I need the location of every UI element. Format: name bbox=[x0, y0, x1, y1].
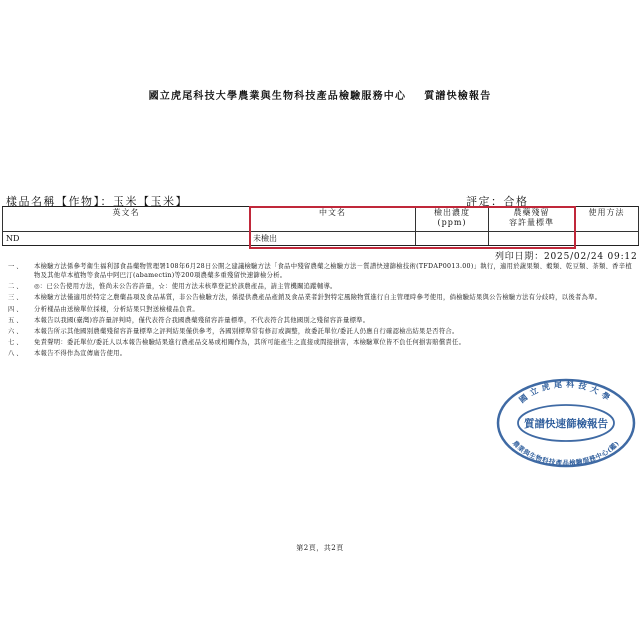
note-text: 本報告所示其他國別農藥殘留容許量標準之評判結果僅供參考，各國別標準常有修訂或調整… bbox=[34, 327, 633, 336]
svg-text:國立虎尾科技大學: 國立虎尾科技大學 bbox=[517, 379, 615, 405]
report-type: 質譜快檢報告 bbox=[424, 91, 491, 102]
cell-usage bbox=[575, 232, 639, 246]
cell-english-name: ND bbox=[3, 232, 250, 246]
note-number: 二、 bbox=[8, 282, 34, 291]
official-seal-stamp: 國立虎尾科技大學 質譜快速篩檢報告 農業與生物科技產品檢驗服務中心(鑑) bbox=[496, 378, 636, 468]
cell-chinese-name: 未檢出 bbox=[250, 232, 416, 246]
note-number: 六、 bbox=[8, 327, 34, 336]
notes-list: 一、本檢驗方法係參考衛生福利部食品藥物管理署108年6月28日公開之建議檢驗方法… bbox=[8, 262, 633, 361]
note-number: 一、 bbox=[8, 262, 34, 280]
note-item: 二、◎：已公告使用方法，惟尚未公告容許量，☆：使用方法未核準登記於該農產品，請主… bbox=[8, 282, 633, 291]
note-text: 分析樣品由送檢單位採樣，分析結果只對送檢樣品負責。 bbox=[34, 305, 633, 314]
note-number: 八、 bbox=[8, 349, 34, 358]
note-number: 七、 bbox=[8, 338, 34, 347]
note-item: 五、本報告以我國(臺灣)容許量評判時，僅代表符合我國農藥殘留容許量標準，不代表符… bbox=[8, 316, 633, 325]
note-text: 本檢驗方法僅適用於特定之農藥品項及食品基質，非公告檢驗方法，係提供農產品產銷及食… bbox=[34, 293, 633, 302]
col-english-name: 英文名 bbox=[3, 207, 250, 232]
svg-text:農業與生物科技產品檢驗服務中心(鑑): 農業與生物科技產品檢驗服務中心(鑑) bbox=[511, 439, 621, 467]
note-text: 本檢驗方法係參考衛生福利部食品藥物管理署108年6月28日公開之建議檢驗方法「食… bbox=[34, 262, 633, 280]
col-mrl-line2: 容許量標準 bbox=[509, 218, 554, 227]
col-mrl-line1: 農藥殘留 bbox=[514, 208, 550, 217]
cell-mrl bbox=[489, 232, 575, 246]
note-text: 本報告不得作為宣傳廣告使用。 bbox=[34, 349, 633, 358]
col-usage: 使用方法 bbox=[575, 207, 639, 232]
table-header-row: 英文名 中文名 檢出濃度(ppm) 農藥殘留容許量標準 使用方法 bbox=[3, 207, 639, 232]
col-chinese-name: 中文名 bbox=[250, 207, 416, 232]
note-text: 本報告以我國(臺灣)容許量評判時，僅代表符合我國農藥殘留容許量標準，不代表符合其… bbox=[34, 316, 633, 325]
note-number: 四、 bbox=[8, 305, 34, 314]
results-table: 英文名 中文名 檢出濃度(ppm) 農藥殘留容許量標準 使用方法 ND 未檢出 bbox=[2, 206, 639, 246]
note-item: 三、本檢驗方法僅適用於特定之農藥品項及食品基質，非公告檢驗方法，係提供農產品產銷… bbox=[8, 293, 633, 302]
report-title: 國立虎尾科技大學農業與生物科技產品檢驗服務中心質譜快檢報告 bbox=[0, 87, 640, 102]
table-row: ND 未檢出 bbox=[3, 232, 639, 246]
stamp-top-text: 國立虎尾科技大學 bbox=[517, 379, 615, 405]
note-number: 三、 bbox=[8, 293, 34, 302]
col-mrl: 農藥殘留容許量標準 bbox=[489, 207, 575, 232]
institution-name: 國立虎尾科技大學農業與生物科技產品檢驗服務中心 bbox=[149, 91, 407, 102]
note-item: 一、本檢驗方法係參考衛生福利部食品藥物管理署108年6月28日公開之建議檢驗方法… bbox=[8, 262, 633, 280]
note-item: 六、本報告所示其他國別農藥殘留容許量標準之評判結果僅供參考，各國別標準常有修訂或… bbox=[8, 327, 633, 336]
note-text: 免責聲明：委託單位/委託人以本報告檢驗結果進行農產品交易或相關作為，其所可能產生… bbox=[34, 338, 633, 347]
note-item: 四、分析樣品由送檢單位採樣，分析結果只對送檢樣品負責。 bbox=[8, 305, 633, 314]
col-concentration-line1: 檢出濃度 bbox=[434, 208, 470, 217]
note-item: 七、免責聲明：委託單位/委託人以本報告檢驗結果進行農產品交易或相關作為，其所可能… bbox=[8, 338, 633, 347]
print-date: 列印日期：2025/02/24 09:12 bbox=[495, 249, 637, 262]
note-text: ◎：已公告使用方法，惟尚未公告容許量，☆：使用方法未核準登記於該農產品，請主管機… bbox=[34, 282, 633, 291]
page-number: 第2頁，共2頁 bbox=[0, 543, 640, 553]
stamp-center-text: 質譜快速篩檢報告 bbox=[524, 417, 608, 430]
col-concentration: 檢出濃度(ppm) bbox=[416, 207, 489, 232]
stamp-bottom-text: 農業與生物科技產品檢驗服務中心(鑑) bbox=[511, 439, 621, 467]
note-number: 五、 bbox=[8, 316, 34, 325]
note-item: 八、本報告不得作為宣傳廣告使用。 bbox=[8, 349, 633, 358]
cell-concentration bbox=[416, 232, 489, 246]
col-concentration-line2: (ppm) bbox=[437, 218, 466, 227]
